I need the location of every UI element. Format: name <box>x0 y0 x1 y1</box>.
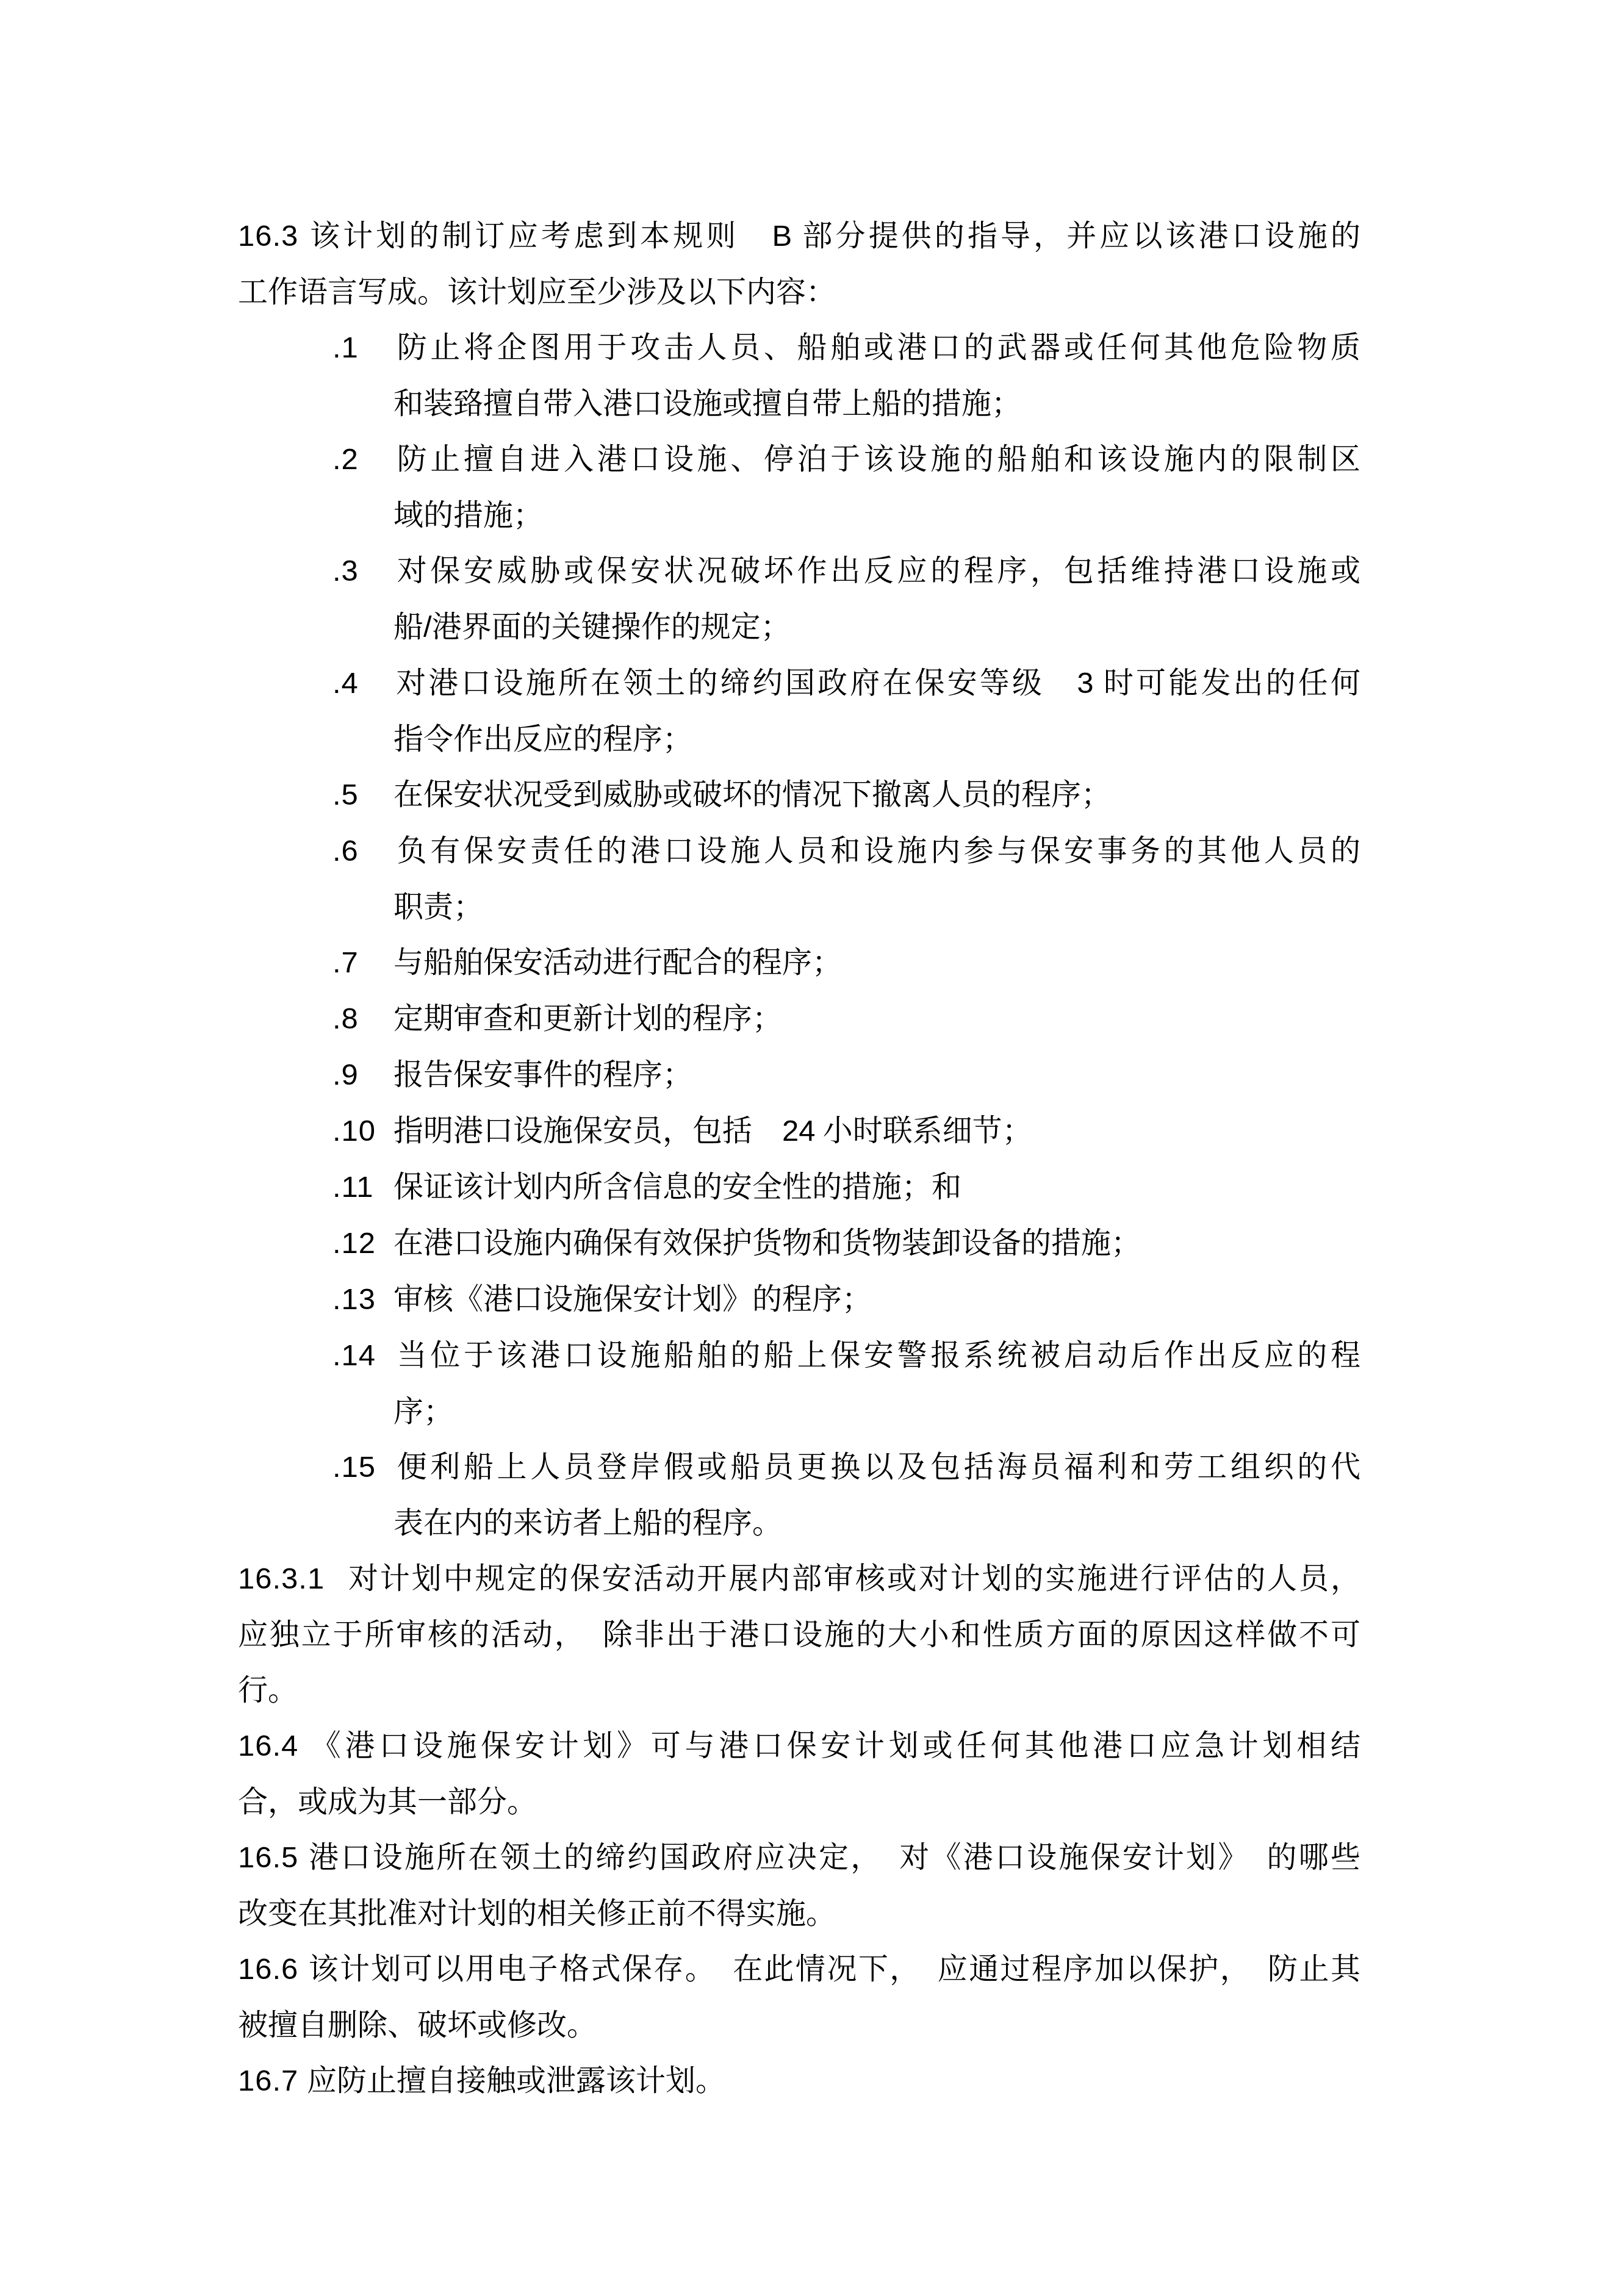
line-text: 审核《港口设施保安计划》的程序； <box>393 1282 872 1316</box>
text-line: .4对港口设施所在领土的缔约国政府在保安等级 3 时可能发出的任何 <box>238 655 1360 711</box>
paragraph-16.7: 16.7应防止擅自接触或泄露该计划。 <box>238 2053 1360 2109</box>
paragraph-number: .7 <box>332 935 393 991</box>
text-line: .12在港口设施内确保有效保护货物和货物装卸设备的措施； <box>238 1215 1360 1271</box>
line-text: 对保安威胁或保安状况破坏作出反应的程序，包括维持港口设施或 <box>393 554 1360 587</box>
text-line: 域的措施； <box>238 487 1360 543</box>
line-text: 应独立于所审核的活动， 除非出于港口设施的大小和性质方面的原因这样做不可 <box>238 1618 1360 1651</box>
latin-text: 24 <box>782 1115 816 1147</box>
text-line: 16.3该计划的制订应考虑到本规则 B 部分提供的指导，并应以该港口设施的 <box>238 208 1360 264</box>
line-text: 负有保安责任的港口设施人员和设施内参与保安事务的其他人员的 <box>393 834 1360 867</box>
line-text: 指明港口设施保安员，包括 24 小时联系细节； <box>393 1114 1032 1147</box>
line-text: 该计划可以用电子格式保存。 在此情况下， 应通过程序加以保护， 防止其 <box>307 1952 1360 1986</box>
text-line: 16.7应防止擅自接触或泄露该计划。 <box>238 2053 1360 2109</box>
paragraph-item-6: .6负有保安责任的港口设施人员和设施内参与保安事务的其他人员的职责； <box>238 823 1360 935</box>
paragraph-number: .15 <box>332 1440 393 1495</box>
paragraph-item-5: .5在保安状况受到威胁或破坏的情况下撤离人员的程序； <box>238 767 1360 823</box>
text-line: 被擅自删除、破坏或修改。 <box>238 1997 1360 2053</box>
text-line: 序； <box>238 1384 1360 1439</box>
paragraph-item-3: .3对保安威胁或保安状况破坏作出反应的程序，包括维持港口设施或船/港界面的关键操… <box>238 543 1360 655</box>
line-text: 指令作出反应的程序； <box>393 722 692 756</box>
text-line: .13审核《港口设施保安计划》的程序； <box>238 1271 1360 1327</box>
line-text: 序； <box>393 1395 453 1428</box>
paragraph-item-13: .13审核《港口设施保安计划》的程序； <box>238 1271 1360 1327</box>
paragraph-number: .4 <box>332 656 393 711</box>
line-text: 表在内的来访者上船的程序。 <box>393 1506 782 1540</box>
text-line: 应独立于所审核的活动， 除非出于港口设施的大小和性质方面的原因这样做不可 <box>238 1607 1360 1662</box>
paragraph-number: .1 <box>332 320 393 376</box>
paragraph-number: .8 <box>332 991 393 1047</box>
paragraph-item-9: .9报告保安事件的程序； <box>238 1047 1360 1103</box>
paragraph-number: 16.4 <box>238 1719 307 1774</box>
text-line: 工作语言写成。该计划应至少涉及以下内容： <box>238 264 1360 320</box>
document-page: 16.3该计划的制订应考虑到本规则 B 部分提供的指导，并应以该港口设施的工作语… <box>0 0 1624 2295</box>
text-line: .2防止擅自进入港口设施、停泊于该设施的船舶和该设施内的限制区 <box>238 431 1360 487</box>
document-content: 16.3该计划的制订应考虑到本规则 B 部分提供的指导，并应以该港口设施的工作语… <box>238 208 1360 2109</box>
line-text: 域的措施； <box>393 498 543 532</box>
line-text: 职责； <box>393 890 483 924</box>
text-line: .9报告保安事件的程序； <box>238 1047 1360 1103</box>
paragraph-16.5: 16.5港口设施所在领土的缔约国政府应决定， 对《港口设施保安计划》 的哪些改变… <box>238 1830 1360 1941</box>
line-text: 应防止擅自接触或泄露该计划。 <box>307 2064 725 2097</box>
paragraph-number: 16.3.1 <box>238 1551 347 1607</box>
line-text: 防止擅自进入港口设施、停泊于该设施的船舶和该设施内的限制区 <box>393 442 1360 476</box>
text-line: .1防止将企图用于攻击人员、船舶或港口的武器或任何其他危险物质 <box>238 320 1360 376</box>
line-text: 定期审查和更新计划的程序； <box>393 1002 782 1035</box>
line-text: 在保安状况受到威胁或破坏的情况下撤离人员的程序； <box>393 778 1111 811</box>
paragraph-number: 16.6 <box>238 1942 307 1997</box>
line-text: 保证该计划内所含信息的安全性的措施；和 <box>393 1170 961 1204</box>
paragraph-number: 16.3 <box>238 209 307 264</box>
text-line: 16.6该计划可以用电子格式保存。 在此情况下， 应通过程序加以保护， 防止其 <box>238 1941 1360 1997</box>
line-text: 工作语言写成。该计划应至少涉及以下内容： <box>238 275 836 309</box>
line-text: 与船舶保安活动进行配合的程序； <box>393 946 842 979</box>
text-line: .10指明港口设施保安员，包括 24 小时联系细节； <box>238 1103 1360 1159</box>
paragraph-number: .10 <box>332 1104 393 1159</box>
paragraph-number: .3 <box>332 544 393 599</box>
paragraph-item-8: .8定期审查和更新计划的程序； <box>238 991 1360 1047</box>
line-text: 船/港界面的关键操作的规定； <box>393 610 791 644</box>
paragraph-number: .6 <box>332 824 393 879</box>
latin-text: 3 <box>1077 667 1093 700</box>
paragraph-number: .11 <box>332 1160 393 1215</box>
paragraph-number: 16.7 <box>238 2053 307 2109</box>
line-text: 被擅自删除、破坏或修改。 <box>238 2008 597 2042</box>
line-text: 当位于该港口设施船舶的船上保安警报系统被启动后作出反应的程 <box>393 1338 1360 1372</box>
line-text: 对港口设施所在领土的缔约国政府在保安等级 3 时可能发出的任何 <box>393 666 1360 700</box>
paragraph-number: .13 <box>332 1272 393 1327</box>
line-text: 改变在其批准对计划的相关修正前不得实施。 <box>238 1897 836 1930</box>
paragraph-number: .9 <box>332 1047 393 1103</box>
text-line: 和装臵擅自带入港口设施或擅自带上船的措施； <box>238 376 1360 431</box>
text-line: 指令作出反应的程序； <box>238 711 1360 767</box>
text-line: .8定期审查和更新计划的程序； <box>238 991 1360 1047</box>
text-line: 16.3.1对计划中规定的保安活动开展内部审核或对计划的实施进行评估的人员， <box>238 1551 1360 1607</box>
latin-text: B <box>772 220 792 253</box>
line-text: 该计划的制订应考虑到本规则 B 部分提供的指导，并应以该港口设施的 <box>307 219 1360 253</box>
line-text: 在港口设施内确保有效保护货物和货物装卸设备的措施； <box>393 1226 1141 1260</box>
paragraph-number: 16.5 <box>238 1830 307 1886</box>
text-line: 16.5港口设施所在领土的缔约国政府应决定， 对《港口设施保安计划》 的哪些 <box>238 1830 1360 1886</box>
line-text: 行。 <box>238 1673 298 1707</box>
text-line: .14当位于该港口设施船舶的船上保安警报系统被启动后作出反应的程 <box>238 1327 1360 1384</box>
paragraph-16.6: 16.6该计划可以用电子格式保存。 在此情况下， 应通过程序加以保护， 防止其被… <box>238 1941 1360 2053</box>
paragraph-item-7: .7与船舶保安活动进行配合的程序； <box>238 935 1360 991</box>
line-text: 便利船上人员登岸假或船员更换以及包括海员福利和劳工组织的代 <box>393 1450 1360 1484</box>
paragraph-item-15: .15便利船上人员登岸假或船员更换以及包括海员福利和劳工组织的代表在内的来访者上… <box>238 1439 1360 1551</box>
paragraph-16.3: 16.3该计划的制订应考虑到本规则 B 部分提供的指导，并应以该港口设施的工作语… <box>238 208 1360 320</box>
latin-text: / <box>423 611 432 644</box>
text-line: .7与船舶保安活动进行配合的程序； <box>238 935 1360 991</box>
line-text: 合，或成为其一部分。 <box>238 1785 537 1819</box>
line-text: 港口设施所在领土的缔约国政府应决定， 对《港口设施保安计划》 的哪些 <box>307 1841 1360 1874</box>
paragraph-item-1: .1防止将企图用于攻击人员、船舶或港口的武器或任何其他危险物质和装臵擅自带入港口… <box>238 320 1360 431</box>
paragraph-item-12: .12在港口设施内确保有效保护货物和货物装卸设备的措施； <box>238 1215 1360 1271</box>
paragraph-16.3.1: 16.3.1对计划中规定的保安活动开展内部审核或对计划的实施进行评估的人员，应独… <box>238 1551 1360 1718</box>
paragraph-number: .2 <box>332 432 393 487</box>
line-text: 防止将企图用于攻击人员、船舶或港口的武器或任何其他危险物质 <box>393 331 1360 364</box>
paragraph-item-14: .14当位于该港口设施船舶的船上保安警报系统被启动后作出反应的程序； <box>238 1327 1360 1439</box>
paragraph-16.4: 16.4《港口设施保安计划》可与港口保安计划或任何其他港口应急计划相结合，或成为… <box>238 1718 1360 1830</box>
text-line: .11保证该计划内所含信息的安全性的措施；和 <box>238 1159 1360 1215</box>
text-line: 职责； <box>238 879 1360 935</box>
paragraph-item-11: .11保证该计划内所含信息的安全性的措施；和 <box>238 1159 1360 1215</box>
text-line: .15便利船上人员登岸假或船员更换以及包括海员福利和劳工组织的代 <box>238 1439 1360 1495</box>
text-line: 表在内的来访者上船的程序。 <box>238 1495 1360 1551</box>
paragraph-number: .14 <box>332 1328 393 1384</box>
paragraph-item-4: .4对港口设施所在领土的缔约国政府在保安等级 3 时可能发出的任何指令作出反应的… <box>238 655 1360 767</box>
paragraph-number: .12 <box>332 1216 393 1271</box>
text-line: .6负有保安责任的港口设施人员和设施内参与保安事务的其他人员的 <box>238 823 1360 879</box>
line-text: 报告保安事件的程序； <box>393 1058 692 1091</box>
text-line: 16.4《港口设施保安计划》可与港口保安计划或任何其他港口应急计划相结 <box>238 1718 1360 1774</box>
paragraph-item-2: .2防止擅自进入港口设施、停泊于该设施的船舶和该设施内的限制区域的措施； <box>238 431 1360 543</box>
text-line: .3对保安威胁或保安状况破坏作出反应的程序，包括维持港口设施或 <box>238 543 1360 599</box>
line-text: 《港口设施保安计划》可与港口保安计划或任何其他港口应急计划相结 <box>307 1729 1360 1762</box>
text-line: 改变在其批准对计划的相关修正前不得实施。 <box>238 1886 1360 1941</box>
line-text: 和装臵擅自带入港口设施或擅自带上船的措施； <box>393 387 1021 420</box>
paragraph-item-10: .10指明港口设施保安员，包括 24 小时联系细节； <box>238 1103 1360 1159</box>
text-line: .5在保安状况受到威胁或破坏的情况下撤离人员的程序； <box>238 767 1360 823</box>
line-text: 对计划中规定的保安活动开展内部审核或对计划的实施进行评估的人员， <box>347 1562 1360 1595</box>
paragraph-number: .5 <box>332 767 393 823</box>
text-line: 船/港界面的关键操作的规定； <box>238 599 1360 655</box>
text-line: 合，或成为其一部分。 <box>238 1774 1360 1830</box>
text-line: 行。 <box>238 1662 1360 1718</box>
